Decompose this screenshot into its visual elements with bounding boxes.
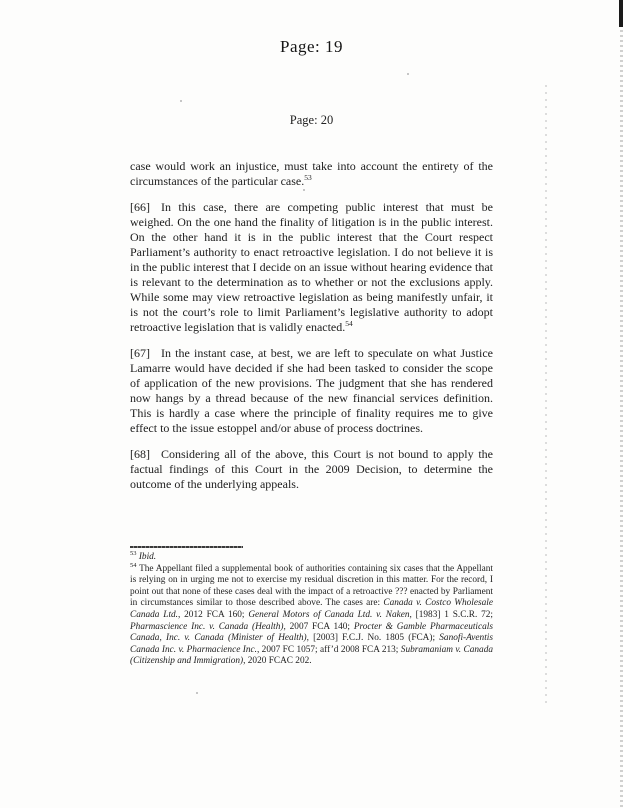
footnote-text: , 2007 FC 1057; aff’d 2008 FCA 213;: [257, 645, 401, 655]
footnote: 54 The Appellant filed a supplemental bo…: [130, 564, 493, 668]
footnote-list: 53 Ibid.54 The Appellant filed a supplem…: [130, 552, 493, 668]
body-paragraph: [68]Considering all of the above, this C…: [130, 447, 493, 492]
scan-corner-mark: [619, 0, 623, 27]
scanned-document-page: Page: 19 Page: 20 case would work an inj…: [0, 0, 623, 808]
paragraph-number: [68]: [130, 447, 150, 461]
footnote-text: , 2020 FCAC 202.: [243, 656, 311, 666]
footnote: 53 Ibid.: [130, 552, 493, 564]
scan-binding-noise: [545, 85, 547, 705]
footnote-text: , [2003] F.C.J. No. 1805 (FCA);: [307, 633, 440, 643]
page-number-subheading: Page: 20: [0, 113, 623, 128]
case-citation: General Motors of Canada Ltd. v. Naken: [248, 610, 409, 620]
footnote-text: , 2012 FCA 160;: [178, 610, 248, 620]
body-paragraph: [66]In this case, there are competing pu…: [130, 200, 493, 335]
footnote-text: , [1983] 1 S.C.R. 72;: [410, 610, 493, 620]
footnote-separator: [130, 546, 243, 548]
paragraph-number: [66]: [130, 200, 150, 214]
scan-speck: [407, 73, 409, 75]
footnote-marker: 53: [130, 550, 137, 557]
body-paragraph: [67]In the instant case, at best, we are…: [130, 346, 493, 436]
scan-speck: [196, 692, 198, 694]
scan-speck: [367, 457, 369, 459]
footnote-text: , 2007 FCA 140;: [284, 622, 354, 632]
scan-speck: [180, 100, 182, 102]
footnote-reference: 54: [345, 319, 353, 328]
body-paragraph: case would work an injustice, must take …: [130, 159, 493, 189]
footnote-marker: 54: [130, 562, 137, 569]
footnote-reference: 53: [304, 173, 312, 182]
paragraph-number: [67]: [130, 346, 150, 360]
scan-speck: [303, 189, 305, 191]
case-citation: Pharmascience Inc. v. Canada (Health): [130, 622, 284, 632]
case-citation: Ibid.: [139, 552, 156, 562]
document-body: case would work an injustice, must take …: [130, 159, 493, 503]
footnotes-section: 53 Ibid.54 The Appellant filed a supplem…: [130, 546, 493, 668]
page-number-heading: Page: 19: [0, 37, 623, 57]
